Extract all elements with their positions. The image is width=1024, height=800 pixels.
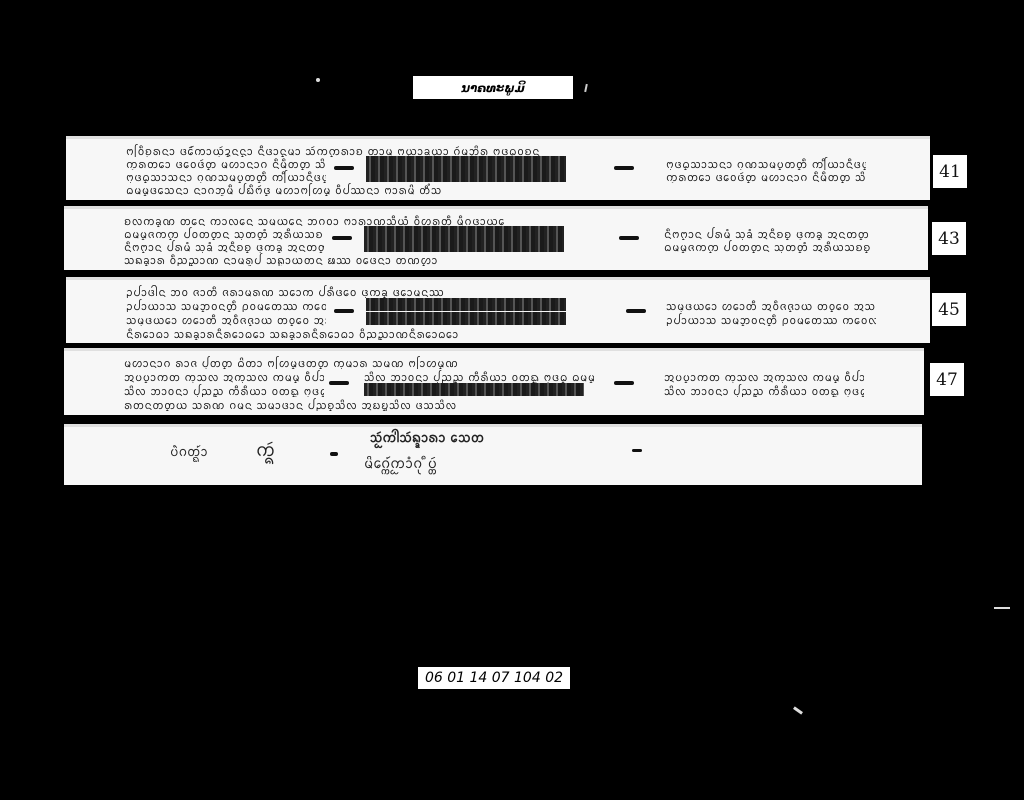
- string-hole: [330, 452, 338, 456]
- leaf-line: ᨵᨾ᩠ᨾᨩᨠ᩠ᨠ ᨸᩅᨲ᩠ᨲᨶ ᩈᩩᨲ᩠ᨲᩴ ᩋᩁᩥᨿᩈᨧ᩠ᨧ ᨧᨲᩩᩁᩣ ᨾᨣ…: [124, 226, 324, 240]
- leaf-line: ᨠᩬᩁᨲᩮᩣ ᨴᩮᩅᨴᩢ᩠ᨲ ᨾᩉᩣᨶᩣᨣ ᨶᩥᨾᩥᨲ᩠ᨲ ᩈᩦᩃᨻ᩠ᨻᨲ ᨻᩕ…: [666, 169, 866, 183]
- string-hole: [334, 166, 354, 170]
- colophon-line-1: ᩈᩬᩢᨠᩤ᩵ᩈᩢᨦ᩠ᨡᩣᩁᩣ ᩈᩮᨲ: [370, 428, 484, 449]
- leaf-line: ᨶᩥᨻ᩠ᨻᩣᨶ ᨸᩁᨾᩴ ᩈᩩᨡᩴ ᩋᨶᩥᨧ᩠ᨧ ᨴᩩᨠ᩠ᨡ ᩋᨶᨲ᩠ᨲ ᩃᨠ᩠…: [664, 226, 874, 240]
- scan-artifact: [316, 78, 320, 82]
- palm-leaf-cover: ᨷᩫᨣᨲ᩠ᨳ᩶ᩣ ᨠᩢ᩠ᨦ ᩈᩬᩢᨠᩤ᩵ᩈᩢᨦ᩠ᨡᩣᩁᩣ ᩈᩮᨲ ᨾᩦᨣᩮ᩠ᨠᩬ…: [64, 424, 922, 485]
- leaf-line: ᨵᨾ᩠ᨾᨩᨠ᩠ᨠ ᨸᩅᨲ᩠ᨲᨶ ᩈᩩᨲ᩠ᨲᩴ ᩋᩁᩥᨿᩈᨧ᩠ᨧ ᨧᨲᩩᩁᩣ ᨾᨣ…: [664, 239, 874, 253]
- leaf-line: ᩏᨸᩣᨴᩤᨶ ᨽᩅ ᨩᩣᨲᩥ ᨩᩁᩣᨾᩁᨱ ᩈᩮᩣᨠ ᨸᩁᩥᨴᩮᩅ ᨴᩩᨠ᩠ᨡ …: [126, 284, 906, 298]
- string-hole: [614, 381, 634, 385]
- colophon-left-text: ᨷᩫᨣᨲ᩠ᨳ᩶ᩣ: [170, 442, 208, 463]
- string-hole: [329, 381, 349, 385]
- manuscript-title-label: ນາຄທະພູມິ: [413, 76, 573, 99]
- palm-leaf-47: ᨾᩉᩣᨶᩣᨣ ᩁᩣᨩ ᨸᩩᨲ᩠ᨲ ᨵᩦᨲᩣ ᨻᩕᩉ᩠ᨾᨴᨲ᩠ᨲ ᨠᩩᨾᩣᩁ ᩈᨾ…: [64, 348, 924, 415]
- string-hole: [334, 309, 354, 313]
- colophon-line-2: ᨾᩦᨣᩮ᩠ᨠᩬ᩶ᨠᩣᩴᨣᩩ ᩥᨷᩢ᩠ᨲ: [364, 454, 437, 476]
- leaf-line: ᨶᩥᨻ᩠ᨻᩣᨶ ᨸᩁᨾᩴ ᩈᩩᨡᩴ ᩋᨶᩥᨧ᩠ᨧ ᨴᩩᨠ᩠ᨡ ᩋᨶᨲ᩠ᨲ ᩃᨠ᩠…: [124, 239, 324, 253]
- leaf-line: ᩈᩦᩃ ᨽᩣᩅᨶᩣ ᨸᩩᨬ᩠ᨬ ᨠᩥᩁᩥᨿᩣ ᩅᨲ᩠ᨳᩩ ᨻᩩᨴ᩠ᨵ ᨵᨾ᩠ᨾ …: [664, 383, 864, 397]
- page-tag: 47: [930, 363, 964, 396]
- page-tag: 45: [932, 293, 966, 326]
- string-hole: [332, 236, 352, 240]
- leaf-line: ᨾᩉᩣᨶᩣᨣ ᩁᩣᨩ ᨸᩩᨲ᩠ᨲ ᨵᩦᨲᩣ ᨻᩕᩉ᩠ᨾᨴᨲ᩠ᨲ ᨠᩩᨾᩣᩁ ᩈᨾ…: [124, 355, 904, 369]
- palm-leaf-45: ᩏᨸᩣᨴᩤᨶ ᨽᩅ ᨩᩣᨲᩥ ᨩᩁᩣᨾᩁᨱ ᩈᩮᩣᨠ ᨸᩁᩥᨴᩮᩅ ᨴᩩᨠ᩠ᨡ …: [66, 277, 930, 343]
- string-hole: [619, 236, 639, 240]
- string-hole: [614, 166, 634, 170]
- string-hole: [626, 309, 646, 313]
- page-tag: 41: [933, 155, 967, 188]
- scan-artifact: [994, 607, 1010, 609]
- leaf-line: ᩋᨷ᩠ᨷᩣᨠᨲ ᨠᩩᩈᩃ ᩋᨠᩩᩈᩃ ᨠᨾ᩠ᨾ ᩅᩥᨸᩣᨠ ᨹᩃ ᨴᩣᨶ: [664, 369, 864, 383]
- leaf-line: ᨻᩩᨴ᩠ᨵᩈᩣᩈᨶᩣ ᨣᩩᨱᩈᨾ᩠ᨷᨲ᩠ᨲᩥ ᨠᩕᩥᨿᩣᨶᩥᨴ᩠ᨴᩮᩈ ᨾᩉᩣᨠ…: [126, 169, 326, 183]
- leaf-line: ᩈᩦᩃ ᨽᩣᩅᨶᩣ ᨸᩩᨬ᩠ᨬ ᨠᩥᩁᩥᨿᩣ ᩅᨲ᩠ᨳᩩ ᨻᩩᨴ᩠ᨵ ᨵᨾ᩠ᨾ …: [124, 383, 324, 397]
- leaf-line: ᨻᩕᩅᩥᨧᩬᩁᨶᩣ ᨴᩮᩢ᩶ᨠᩣᨿᩬᩢ᩠ᨯᨶ᩠ᨶᩣ ᨶᩥᨴᩣ᩠᩠ᨶᨾᩣ ᩈᩢᨠ᩠…: [126, 143, 906, 157]
- leaf-line: ᩁᨲᨶᨲ᩠ᨲᨿ ᩈᩁᨱ ᨣᨾᨶ ᩈᨾᩣᨴᩣᨶ ᨸᨬ᩠ᨧᩈᩦᩃ ᩋᨭ᩠ᨮᩈᩦᩃ ᨴ…: [124, 397, 914, 411]
- leaf-line: ᩏᨸᩣᨿᩣᩈ ᩈᨾ᩠ᨽᩅᨶ᩠ᨲᩥ ᩑᩅᨾᩮᨲᩔ ᨠᩮᩅᩃᩔ ᨴᩩᨠ᩠ᨡᨠ᩠ᨡᨶ᩠…: [666, 312, 876, 326]
- scan-artifact: [793, 706, 803, 714]
- leaf-line: ᨧᩃᨠ᩠ᨡᨱ ᨲᩮᨶ ᨠᩣᩃᩮᨶ ᩈᨾᨿᩮᨶ ᨽᨣᩅᩣ ᨻᩣᩁᩣᨱᩈᩥᨿᩴ ᩅᩥ…: [124, 213, 904, 227]
- leaf-line: ᩏᨸᩣᨿᩣᩈ ᩈᨾ᩠ᨽᩅᨶ᩠ᨲᩥ ᩑᩅᨾᩮᨲᩔ ᨠᩮᩅᩃᩔ ᨴᩩᨠ᩠ᨡᨠ᩠ᨡᨶ᩠…: [126, 298, 326, 312]
- palm-leaf-43: ᨧᩃᨠ᩠ᨡᨱ ᨲᩮᨶ ᨠᩣᩃᩮᨶ ᩈᨾᨿᩮᨶ ᨽᨣᩅᩣ ᨻᩣᩁᩣᨱᩈᩥᨿᩴ ᩅᩥ…: [64, 206, 928, 270]
- leaf-line: ᨻᩩᨴ᩠ᨵᩈᩣᩈᨶᩣ ᨣᩩᨱᩈᨾ᩠ᨷᨲ᩠ᨲᩥ ᨠᩕᩥᨿᩣᨶᩥᨴ᩠ᨴᩮᩈ ᨾᩉᩣᨠ…: [666, 156, 866, 170]
- leaf-line: ᨠᩬᩁᨲᩮᩣ ᨴᩮᩅᨴᩢ᩠ᨲ ᨾᩉᩣᨶᩣᨣ ᨶᩥᨾᩥᨲ᩠ᨲ ᩈᩦᩃᨻ᩠ᨻᨲ ᨻᩕ…: [126, 156, 326, 170]
- palm-leaf-41: ᨻᩕᩅᩥᨧᩬᩁᨶᩣ ᨴᩮᩢ᩶ᨠᩣᨿᩬᩢ᩠ᨯᨶ᩠ᨶᩣ ᨶᩥᨴᩣ᩠᩠ᨶᨾᩣ ᩈᩢᨠ᩠…: [66, 136, 930, 200]
- catalog-number-label: 06 01 14 07 104 02: [418, 667, 570, 689]
- leaf-line: ᨶᩥᩁᩮᩣᨵᩣ ᩈᨦ᩠ᨡᩣᩁᨶᩥᩁᩮᩣᨵᩮᩣ ᩈᨦ᩠ᨡᩣᩁᨶᩥᩁᩮᩣᨵᩣ ᩅᩥᨬ…: [126, 326, 916, 340]
- leaf-line: ᨵᨾ᩠ᨾᨴᩮᩈᨶᩣ ᨶᩣᨣᨽᩪᨾᩥ ᨸᨭᩥᨻᩢ᩠ᨴ ᨾᩉᩣᨻᩕᩉ᩠ᨾ ᩅᩥᨸᩔᨶ…: [126, 182, 916, 196]
- page-tag: 43: [932, 222, 966, 255]
- scan-artifact-mark: [584, 84, 588, 92]
- leaf-line: ᩈᩦᩃ ᨽᩣᩅᨶᩣ ᨸᩩᨬ᩠ᨬ ᨠᩥᩁᩥᨿᩣ ᩅᨲ᩠ᨳᩩ ᨻᩩᨴ᩠ᨵ ᨵᨾ᩠ᨾ …: [364, 369, 594, 383]
- colophon-mark: ᨠᩢ᩠ᨦ: [256, 438, 275, 466]
- leaf-line: ᩈᨾᩩᨴᨿᩮᩣ ᩉᩮᩣᨲᩥ ᩋᩅᩥᨩ᩠ᨩᩣᨿ ᨲ᩠ᩅᩮᩅ ᩋᩈᩮᩈ ᩅᩥᩁᩣᨣ: [666, 298, 876, 312]
- leaf-line: ᩋᨷ᩠ᨷᩣᨠᨲ ᨠᩩᩈᩃ ᩋᨠᩩᩈᩃ ᨠᨾ᩠ᨾ ᩅᩥᨸᩣᨠ ᨹᩃ ᨴᩣᨶ: [124, 369, 324, 383]
- leaf-line: ᩈᨾᩩᨴᨿᩮᩣ ᩉᩮᩣᨲᩥ ᩋᩅᩥᨩ᩠ᨩᩣᨿ ᨲ᩠ᩅᩮᩅ ᩋᩈᩮᩈ ᩅᩥᩁᩣᨣ: [126, 312, 326, 326]
- string-hole: [632, 449, 642, 452]
- leaf-line: ᩈᨦ᩠ᨡᩣᩁ ᩅᩥᨬ᩠ᨬᩣᨱ ᨶᩣᨾᩁᩪᨸ ᩈᩊᩣᨿᨲᨶ ᨹᩔ ᩅᩮᨴᨶᩣ ᨲᨱ…: [124, 252, 914, 266]
